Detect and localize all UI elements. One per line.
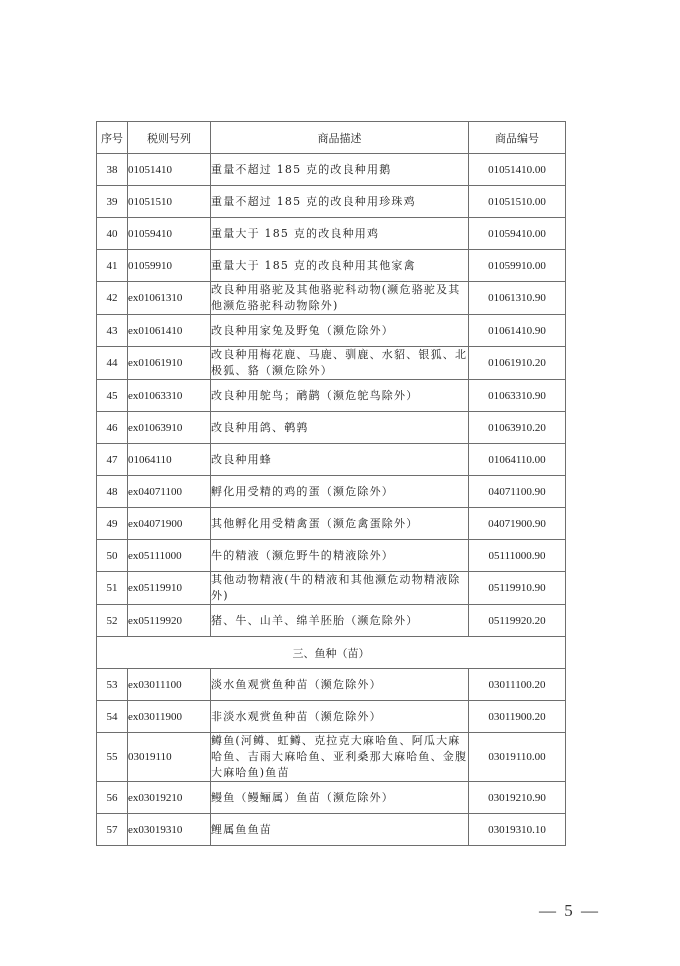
row-product-code: 01064110.00	[469, 444, 566, 476]
row-tariff: ex01061910	[128, 347, 211, 380]
table-row: 53 ex03011100 淡水鱼观赏鱼种苗（濒危除外） 03011100.20	[97, 669, 566, 701]
table-row: 43 ex01061410 改良种用家兔及野兔（濒危除外） 01061410.9…	[97, 315, 566, 347]
row-product-code: 01051410.00	[469, 154, 566, 186]
row-serial: 52	[97, 605, 128, 637]
row-serial: 51	[97, 572, 128, 605]
row-tariff: ex05119910	[128, 572, 211, 605]
row-serial: 38	[97, 154, 128, 186]
table-row: 46 ex01063910 改良种用鸽、鹌鹑 01063910.20	[97, 412, 566, 444]
row-product-code: 05119910.90	[469, 572, 566, 605]
section-row: 三、鱼种（苗）	[97, 637, 566, 669]
row-tariff: ex04071100	[128, 476, 211, 508]
row-tariff: ex01063910	[128, 412, 211, 444]
row-product-code: 01061910.20	[469, 347, 566, 380]
table-row: 48 ex04071100 孵化用受精的鸡的蛋（濒危除外） 04071100.9…	[97, 476, 566, 508]
row-description: 改良种用骆驼及其他骆驼科动物(濒危骆驼及其他濒危骆驼科动物除外)	[211, 282, 469, 315]
row-serial: 53	[97, 669, 128, 701]
row-serial: 39	[97, 186, 128, 218]
row-description: 牛的精液（濒危野牛的精液除外）	[211, 540, 469, 572]
row-tariff: ex03019210	[128, 782, 211, 814]
row-description: 其他孵化用受精禽蛋（濒危禽蛋除外）	[211, 508, 469, 540]
row-serial: 42	[97, 282, 128, 315]
row-product-code: 01063910.20	[469, 412, 566, 444]
row-serial: 41	[97, 250, 128, 282]
row-product-code: 03011900.20	[469, 701, 566, 733]
row-description: 鳗鱼（鳗鲡属）鱼苗（濒危除外）	[211, 782, 469, 814]
row-serial: 57	[97, 814, 128, 846]
row-serial: 45	[97, 380, 128, 412]
row-description: 其他动物精液(牛的精液和其他濒危动物精液除外)	[211, 572, 469, 605]
table-row: 44 ex01061910 改良种用梅花鹿、马鹿、驯鹿、水貂、银狐、北极狐、貉（…	[97, 347, 566, 380]
table-row: 40 01059410 重量大于 185 克的改良种用鸡 01059410.00	[97, 218, 566, 250]
row-tariff: 01051410	[128, 154, 211, 186]
row-description: 改良种用鸵鸟；鸸鹋（濒危鸵鸟除外）	[211, 380, 469, 412]
row-description: 淡水鱼观赏鱼种苗（濒危除外）	[211, 669, 469, 701]
row-product-code: 01059410.00	[469, 218, 566, 250]
row-tariff: 01051510	[128, 186, 211, 218]
row-description: 鳟鱼(河鳟、虹鳟、克拉克大麻哈鱼、阿瓜大麻哈鱼、吉雨大麻哈鱼、亚利桑那大麻哈鱼、…	[211, 733, 469, 782]
header-description: 商品描述	[211, 122, 469, 154]
row-product-code: 01061310.90	[469, 282, 566, 315]
row-product-code: 01061410.90	[469, 315, 566, 347]
row-description: 重量大于 185 克的改良种用其他家禽	[211, 250, 469, 282]
table-row: 38 01051410 重量不超过 185 克的改良种用鹅 01051410.0…	[97, 154, 566, 186]
row-tariff: ex01063310	[128, 380, 211, 412]
row-tariff: 01059410	[128, 218, 211, 250]
table-header-row: 序号 税则号列 商品描述 商品编号	[97, 122, 566, 154]
row-product-code: 04071900.90	[469, 508, 566, 540]
row-product-code: 03011100.20	[469, 669, 566, 701]
row-serial: 48	[97, 476, 128, 508]
row-description: 改良种用蜂	[211, 444, 469, 476]
row-product-code: 01059910.00	[469, 250, 566, 282]
row-serial: 46	[97, 412, 128, 444]
table-row: 42 ex01061310 改良种用骆驼及其他骆驼科动物(濒危骆驼及其他濒危骆驼…	[97, 282, 566, 315]
header-product-code: 商品编号	[469, 122, 566, 154]
row-product-code: 01063310.90	[469, 380, 566, 412]
section-title: 三、鱼种（苗）	[97, 637, 566, 669]
table-row: 39 01051510 重量不超过 185 克的改良种用珍珠鸡 01051510…	[97, 186, 566, 218]
table-row: 50 ex05111000 牛的精液（濒危野牛的精液除外） 05111000.9…	[97, 540, 566, 572]
row-product-code: 03019110.00	[469, 733, 566, 782]
row-description: 重量不超过 185 克的改良种用珍珠鸡	[211, 186, 469, 218]
tariff-table: 序号 税则号列 商品描述 商品编号 38 01051410 重量不超过 185 …	[96, 121, 566, 846]
row-description: 改良种用家兔及野兔（濒危除外）	[211, 315, 469, 347]
row-serial: 54	[97, 701, 128, 733]
row-description: 重量大于 185 克的改良种用鸡	[211, 218, 469, 250]
row-description: 改良种用梅花鹿、马鹿、驯鹿、水貂、银狐、北极狐、貉（濒危除外）	[211, 347, 469, 380]
row-product-code: 01051510.00	[469, 186, 566, 218]
row-description: 鲤属鱼鱼苗	[211, 814, 469, 846]
table-row: 47 01064110 改良种用蜂 01064110.00	[97, 444, 566, 476]
row-tariff: ex05119920	[128, 605, 211, 637]
row-description: 孵化用受精的鸡的蛋（濒危除外）	[211, 476, 469, 508]
row-product-code: 04071100.90	[469, 476, 566, 508]
header-serial: 序号	[97, 122, 128, 154]
table-row: 49 ex04071900 其他孵化用受精禽蛋（濒危禽蛋除外） 04071900…	[97, 508, 566, 540]
row-serial: 40	[97, 218, 128, 250]
header-tariff-line: 税则号列	[128, 122, 211, 154]
row-tariff: ex03011900	[128, 701, 211, 733]
row-tariff: ex03019310	[128, 814, 211, 846]
row-product-code: 05111000.90	[469, 540, 566, 572]
row-tariff: ex01061410	[128, 315, 211, 347]
table-row: 57 ex03019310 鲤属鱼鱼苗 03019310.10	[97, 814, 566, 846]
row-description: 改良种用鸽、鹌鹑	[211, 412, 469, 444]
page-number: — 5 —	[539, 901, 600, 921]
table-row: 41 01059910 重量大于 185 克的改良种用其他家禽 01059910…	[97, 250, 566, 282]
table-row: 55 03019110 鳟鱼(河鳟、虹鳟、克拉克大麻哈鱼、阿瓜大麻哈鱼、吉雨大麻…	[97, 733, 566, 782]
row-tariff: ex01061310	[128, 282, 211, 315]
row-tariff: ex03011100	[128, 669, 211, 701]
row-tariff: ex04071900	[128, 508, 211, 540]
row-serial: 50	[97, 540, 128, 572]
table-row: 45 ex01063310 改良种用鸵鸟；鸸鹋（濒危鸵鸟除外） 01063310…	[97, 380, 566, 412]
table-row: 56 ex03019210 鳗鱼（鳗鲡属）鱼苗（濒危除外） 03019210.9…	[97, 782, 566, 814]
row-description: 非淡水观赏鱼种苗（濒危除外）	[211, 701, 469, 733]
row-description: 重量不超过 185 克的改良种用鹅	[211, 154, 469, 186]
row-product-code: 03019310.10	[469, 814, 566, 846]
row-serial: 49	[97, 508, 128, 540]
row-description: 猪、牛、山羊、绵羊胚胎（濒危除外）	[211, 605, 469, 637]
row-product-code: 05119920.20	[469, 605, 566, 637]
table-row: 52 ex05119920 猪、牛、山羊、绵羊胚胎（濒危除外） 05119920…	[97, 605, 566, 637]
table-row: 54 ex03011900 非淡水观赏鱼种苗（濒危除外） 03011900.20	[97, 701, 566, 733]
row-tariff: 03019110	[128, 733, 211, 782]
row-product-code: 03019210.90	[469, 782, 566, 814]
row-tariff: ex05111000	[128, 540, 211, 572]
row-serial: 44	[97, 347, 128, 380]
row-tariff: 01059910	[128, 250, 211, 282]
row-serial: 43	[97, 315, 128, 347]
row-tariff: 01064110	[128, 444, 211, 476]
row-serial: 55	[97, 733, 128, 782]
row-serial: 47	[97, 444, 128, 476]
row-serial: 56	[97, 782, 128, 814]
table-row: 51 ex05119910 其他动物精液(牛的精液和其他濒危动物精液除外) 05…	[97, 572, 566, 605]
